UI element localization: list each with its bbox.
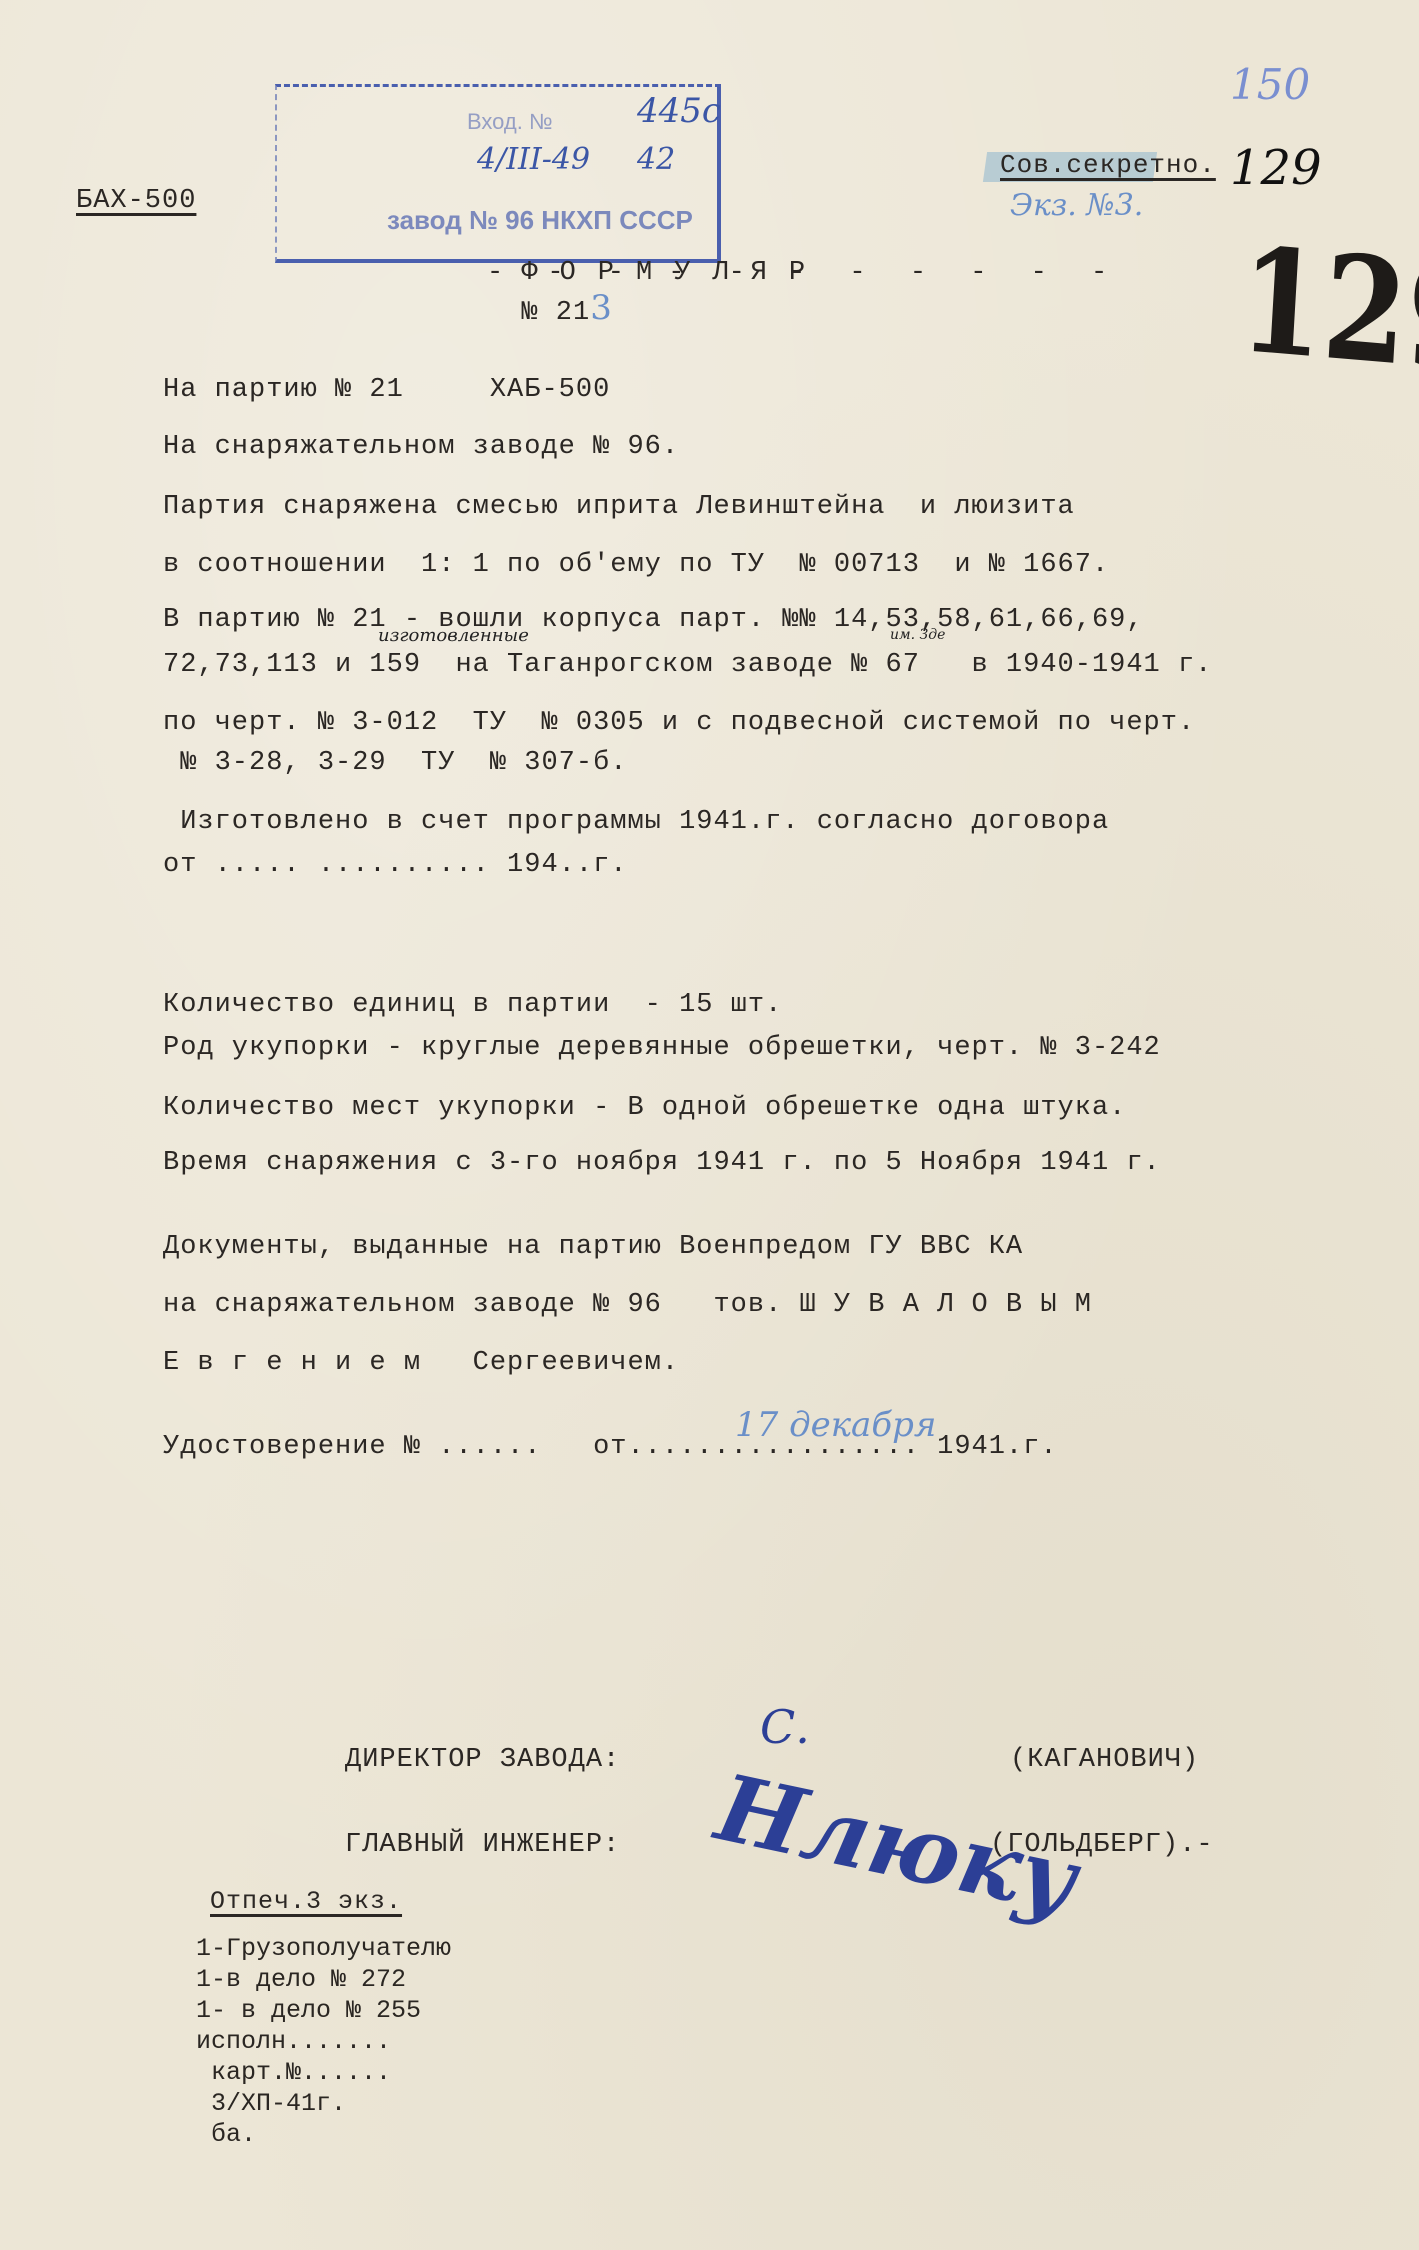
quantity-line-4: Время снаряжения с 3-го ноября 1941 г. п… (163, 1148, 1161, 1178)
handwritten-top-number: 150 (1230, 60, 1310, 109)
classification-label: Сов.секретно. (1000, 150, 1216, 180)
stamp-line-1: Вход. № (467, 109, 553, 135)
quantity-line-1: Количество единиц в партии - 15 шт. (163, 990, 782, 1020)
body-line-3: Партия снаряжена смесью иприта Левинштей… (163, 492, 1075, 522)
title-dash-rule: - - - - - - - - - - - (487, 258, 1121, 288)
copies-line-3: 1- в дело № 255 (196, 1994, 421, 2028)
archive-page-number: 129 (1235, 216, 1419, 406)
title-number-correction: 3 (590, 288, 613, 328)
copy-number-annotation: Экз. №3. (1010, 188, 1143, 223)
document-code: БАХ-500 (76, 186, 196, 216)
copies-line-2: 1-в дело № 272 (196, 1963, 406, 1997)
stamp-suffix: 42 (637, 142, 675, 177)
certificate-handwritten-date: 17 декабря (735, 1405, 936, 1445)
director-signature: С. (760, 1700, 810, 1754)
quantity-line-2: Род укупорки - круглые деревянные обреше… (163, 1033, 1161, 1063)
title-number: № 21 (521, 298, 590, 328)
documents-line-1: Документы, выданные на партию Военпредом… (163, 1232, 1023, 1262)
body-line-2: На снаряжательном заводе № 96. (163, 432, 679, 462)
documents-line-3: Е в г е н и е м Сергеевичем. (163, 1348, 679, 1378)
body-line-6: 72,73,113 и 159 на Таганрогском заводе №… (163, 650, 1212, 680)
director-name: (КАГАНОВИЧ) (1010, 1745, 1199, 1775)
body-line-7: по черт. № 3-012 ТУ № 0305 и с подвесной… (163, 708, 1195, 738)
copies-heading: Отпеч.3 экз. (210, 1885, 402, 1919)
stamp-incoming-number: 445с (637, 91, 721, 131)
director-label: ДИРЕКТОР ЗАВОДА: (345, 1745, 620, 1775)
copies-line-4: исполн....... (196, 2025, 391, 2059)
handwritten-sheet-number: 129 (1230, 140, 1322, 196)
insert-annotation-factory: им. Зде (890, 627, 945, 643)
quantity-line-3: Количество мест укупорки - В одной обреш… (163, 1093, 1126, 1123)
copies-line-6: 3/ХП-41г. (196, 2087, 346, 2121)
engineer-label: ГЛАВНЫЙ ИНЖЕНЕР: (345, 1830, 620, 1860)
copies-line-1: 1-Грузополучателю (196, 1932, 451, 1966)
engineer-name: (ГОЛЬДБЕРГ).- (990, 1830, 1214, 1860)
insert-annotation-manufactured: изготовленные (378, 625, 529, 646)
body-line-10: от ..... .......... 194..г. (163, 850, 627, 880)
body-line-5: В партию № 21 - вошли корпуса парт. №№ 1… (163, 605, 1144, 635)
body-line-8: № 3-28, 3-29 ТУ № 307-б. (163, 748, 627, 778)
body-line-9: Изготовлено в счет программы 1941.г. сог… (163, 807, 1109, 837)
stamp-date: 4/III-49 (477, 142, 590, 177)
copies-line-5: карт.№...... (196, 2056, 391, 2090)
copies-line-7: ба. (196, 2118, 256, 2152)
documents-line-2: на снаряжательном заводе № 96 тов. Ш У В… (163, 1290, 1092, 1320)
body-line-1: На партию № 21 ХАБ-500 (163, 375, 610, 405)
body-line-4: в соотношении 1: 1 по об'ему по ТУ № 007… (163, 550, 1109, 580)
